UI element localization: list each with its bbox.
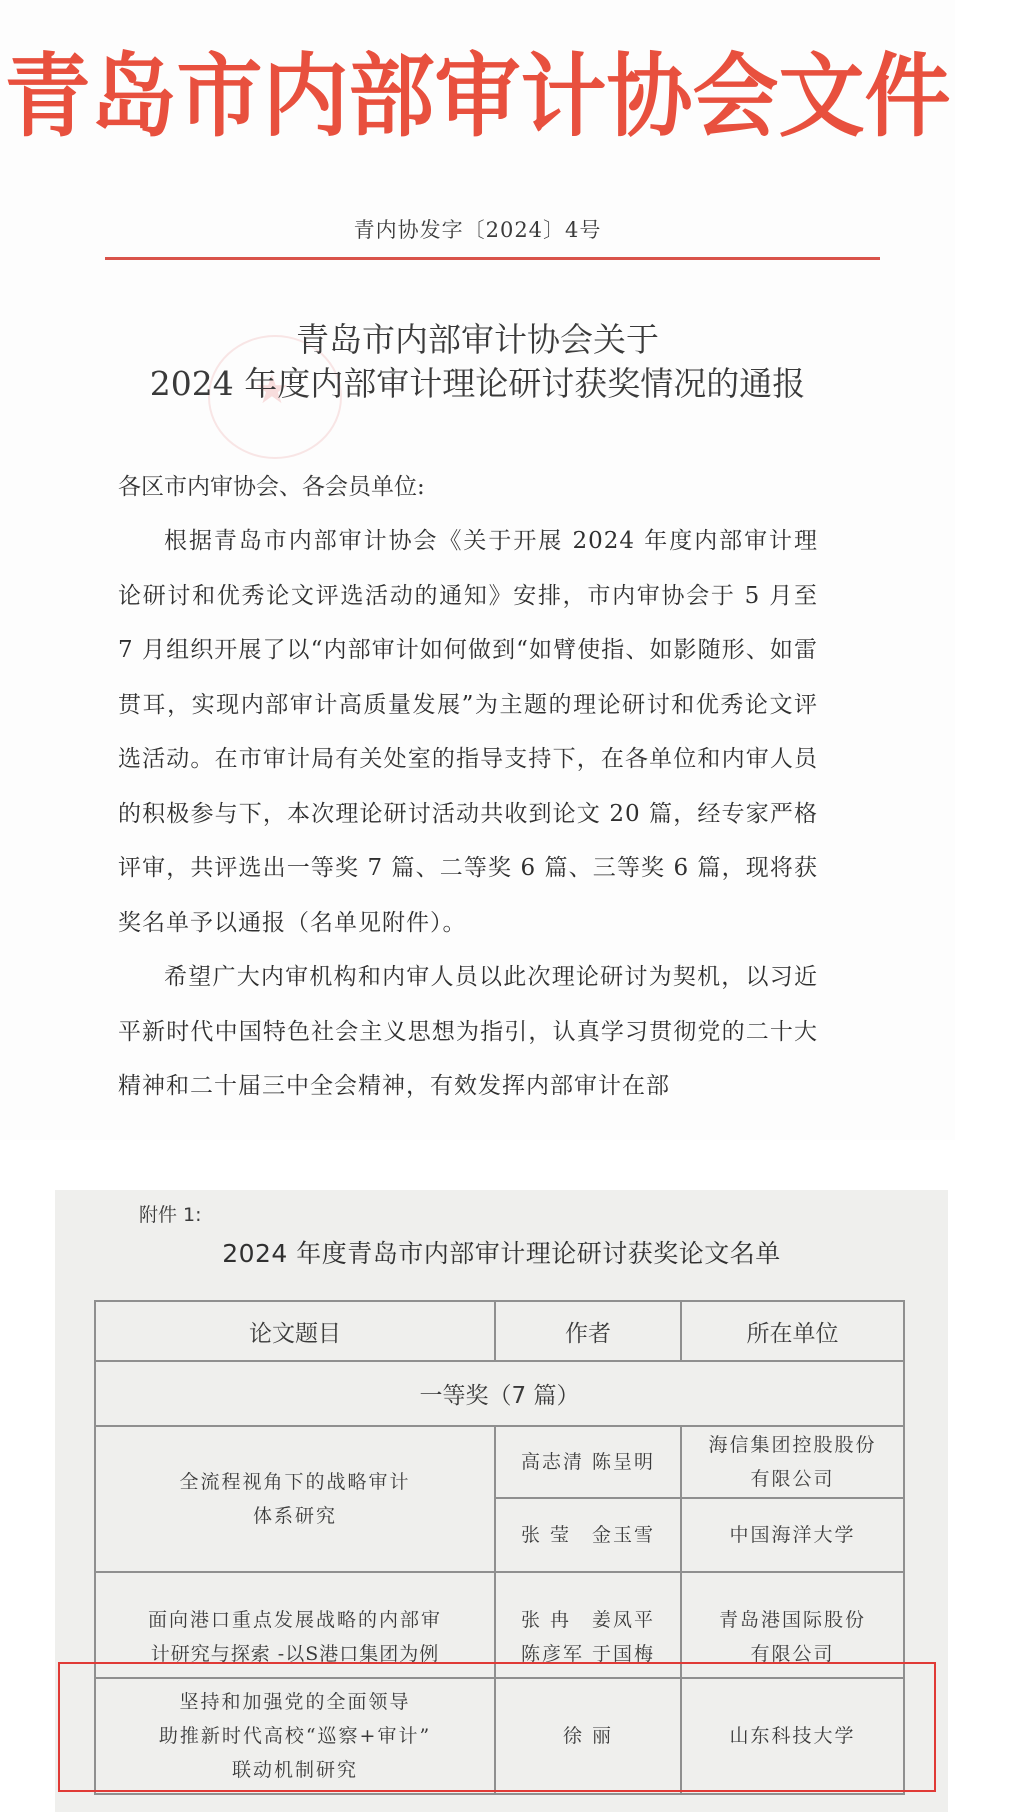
unit-cell: 海信集团控股股份 有限公司 (681, 1426, 904, 1498)
award-level-row: 一等奖（7 篇） (95, 1361, 904, 1426)
notice-page-1: 青岛市内部审计协会文件 青内协发字〔2024〕4号 ★ 青岛市内部审计协会关于 … (0, 0, 955, 1140)
table-header-row: 论文题目 作者 所在单位 (95, 1301, 904, 1361)
document-number: 青内协发字〔2024〕4号 (0, 214, 955, 244)
page-number: 1 (455, 1075, 464, 1091)
notice-body: 根据青岛市内部审计协会《关于开展 2024 年度内部审计理论研讨和优秀论文评选活… (118, 514, 818, 1114)
unit-line: 海信集团控股股份 (682, 1428, 903, 1462)
highlight-box (58, 1662, 936, 1792)
salutation: 各区市内审协会、各会员单位: (118, 468, 425, 501)
unit-line: 青岛港国际股份 (682, 1603, 903, 1637)
attachment-title: 2024 年度青岛市内部审计理论研讨获奖论文名单 (55, 1234, 948, 1270)
column-header-unit: 所在单位 (681, 1301, 904, 1361)
notice-title-line-2: 2024 年度内部审计理论研讨获奖情况的通报 (0, 362, 955, 406)
unit-cell: 中国海洋大学 (681, 1498, 904, 1572)
paper-title-line: 全流程视角下的战略审计 (96, 1465, 494, 1499)
author-cell: 张 莹 金玉雪 (495, 1498, 681, 1572)
body-paragraph: 根据青岛市内部审计协会《关于开展 2024 年度内部审计理论研讨和优秀论文评选活… (118, 514, 818, 950)
masthead-title: 青岛市内部审计协会文件 (0, 39, 955, 155)
body-paragraph: 希望广大内审机构和内审人员以此次理论研讨为契机，以习近平新时代中国特色社会主义思… (118, 950, 818, 1114)
paper-title-line: 体系研究 (96, 1499, 494, 1533)
unit-line: 有限公司 (682, 1462, 903, 1496)
award-level-label: 一等奖（7 篇） (95, 1361, 904, 1426)
author-line: 张 冉 姜凤平 (496, 1603, 680, 1637)
paper-title-line: 面向港口重点发展战略的内部审 (96, 1603, 494, 1637)
table-row: 全流程视角下的战略审计 体系研究 高志清 陈呈明 海信集团控股股份 有限公司 (95, 1426, 904, 1498)
author-cell: 高志清 陈呈明 (495, 1426, 681, 1498)
red-divider-line (105, 257, 880, 260)
column-header-author: 作者 (495, 1301, 681, 1361)
attachment-label: 附件 1: (139, 1200, 202, 1227)
column-header-title: 论文题目 (95, 1301, 495, 1361)
notice-title-line-1: 青岛市内部审计协会关于 (0, 318, 955, 362)
paper-title-cell: 全流程视角下的战略审计 体系研究 (95, 1426, 495, 1572)
